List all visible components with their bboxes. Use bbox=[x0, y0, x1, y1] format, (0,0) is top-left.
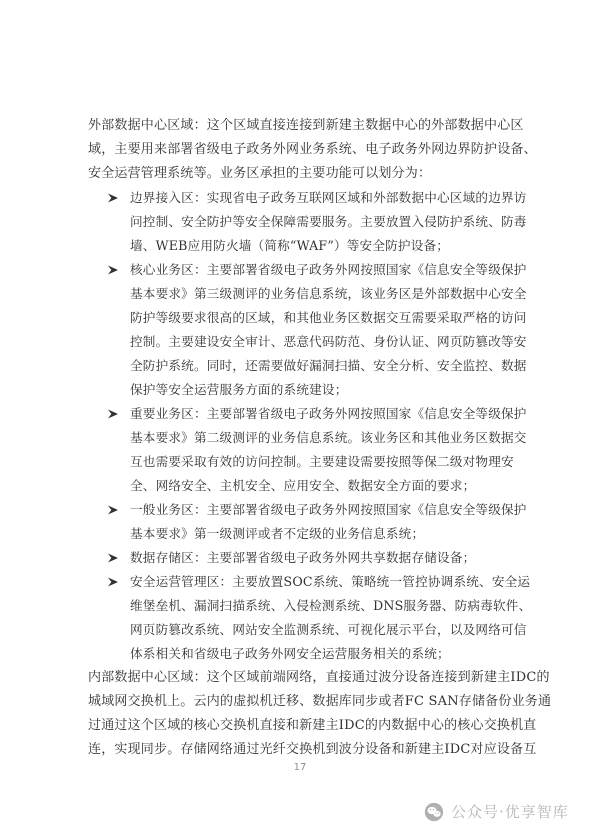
text-line: 全、网络安全、主机安全、应用安全、数据安全方面的要求； bbox=[130, 474, 518, 498]
bullet-text: 数据存储区：主要部署省级电子政务外网共享数据存储设备； bbox=[130, 546, 518, 570]
text-line: 互也需要采取有效的访问控制。主要建设需要按照等保二级对物理安 bbox=[130, 450, 518, 474]
text-line: 保护等安全运营服务方面的系统建设； bbox=[130, 378, 518, 402]
text-line: 城域网交换机上。云内的虚拟机迁移、数据库同步或者FC SAN存储备份业务通 bbox=[88, 690, 518, 714]
text-line: 核心业务区：主要部署省级电子政务外网按照国家《信息安全等级保护 bbox=[130, 258, 518, 282]
text-line: 域，主要用来部署省级电子政务外网业务系统、电子政务外网边界防护设备、 bbox=[88, 138, 518, 162]
wechat-icon bbox=[424, 802, 444, 822]
text-line: 边界接入区：实现省电子政务互联网区域和外部数据中心区域的边界访 bbox=[130, 186, 518, 210]
watermark-text: 公众号·优享智库 bbox=[451, 801, 569, 822]
text-line: 外部数据中心区域：这个区域直接连接到新建主数据中心的外部数据中心区 bbox=[88, 114, 518, 138]
text-line: 数据存储区：主要部署省级电子政务外网共享数据存储设备； bbox=[130, 546, 518, 570]
text-line: 问控制、安全防护等安全保障需要服务。主要放置入侵防护系统、防毒 bbox=[130, 210, 518, 234]
text-line: 网页防篡改系统、网站安全监测系统、可视化展示平台，以及网络可信 bbox=[130, 618, 518, 642]
text-line: 基本要求》第一级测评或者不定级的业务信息系统； bbox=[130, 522, 518, 546]
page-number: 17 bbox=[0, 762, 600, 773]
text-line: 重要业务区：主要部署省级电子政务外网按照国家《信息安全等级保护 bbox=[130, 402, 518, 426]
bullet-text: 核心业务区：主要部署省级电子政务外网按照国家《信息安全等级保护基本要求》第三级测… bbox=[130, 258, 518, 402]
bullet-arrow-icon bbox=[107, 576, 119, 588]
bullet-arrow-icon bbox=[107, 192, 119, 204]
text-line: 基本要求》第三级测评的业务信息系统，该业务区是外部数据中心安全 bbox=[130, 282, 518, 306]
document-page: 外部数据中心区域：这个区域直接连接到新建主数据中心的外部数据中心区域，主要用来部… bbox=[0, 0, 600, 828]
bullet-arrow-icon bbox=[107, 504, 119, 516]
zone-bullet-list: 边界接入区：实现省电子政务互联网区域和外部数据中心区域的边界访问控制、安全防护等… bbox=[88, 186, 518, 666]
bullet-arrow-icon bbox=[107, 552, 119, 564]
text-line: 过通过这个区域的核心交换机直接和新建主IDC的内数据中心的核心交换机直 bbox=[88, 714, 518, 738]
bullet-text: 安全运营管理区：主要放置SOC系统、策略统一管控协调系统、安全运维堡垒机、漏洞扫… bbox=[130, 570, 518, 666]
list-item: 重要业务区：主要部署省级电子政务外网按照国家《信息安全等级保护基本要求》第二级测… bbox=[88, 402, 518, 498]
text-line: 体系相关和省级电子政务外网安全运营服务相关的系统； bbox=[130, 642, 518, 666]
paragraph-internal-dc: 内部数据中心区域：这个区域前端网络，直接通过波分设备连接到新建主IDC的城域网交… bbox=[88, 666, 518, 762]
list-item: 一般业务区：主要部署省级电子政务外网按照国家《信息安全等级保护基本要求》第一级测… bbox=[88, 498, 518, 546]
list-item: 核心业务区：主要部署省级电子政务外网按照国家《信息安全等级保护基本要求》第三级测… bbox=[88, 258, 518, 402]
paragraph-external-dc: 外部数据中心区域：这个区域直接连接到新建主数据中心的外部数据中心区域，主要用来部… bbox=[88, 114, 518, 186]
text-line: 一般业务区：主要部署省级电子政务外网按照国家《信息安全等级保护 bbox=[130, 498, 518, 522]
text-line: 全防护系统。同时，还需要做好漏洞扫描、安全分析、安全监控、数据 bbox=[130, 354, 518, 378]
text-line: 基本要求》第二级测评的业务信息系统。该业务区和其他业务区数据交 bbox=[130, 426, 518, 450]
page-content: 外部数据中心区域：这个区域直接连接到新建主数据中心的外部数据中心区域，主要用来部… bbox=[88, 114, 518, 762]
text-line: 连，实现同步。存储网络通过光纤交换机到波分设备和新建主IDC对应设备互 bbox=[88, 738, 518, 762]
list-item: 边界接入区：实现省电子政务互联网区域和外部数据中心区域的边界访问控制、安全防护等… bbox=[88, 186, 518, 258]
bullet-arrow-icon bbox=[107, 264, 119, 276]
text-line: 安全运营管理系统等。业务区承担的主要功能可以划分为： bbox=[88, 162, 518, 186]
bullet-text: 重要业务区：主要部署省级电子政务外网按照国家《信息安全等级保护基本要求》第二级测… bbox=[130, 402, 518, 498]
text-line: 墙、WEB应用防火墙（简称“WAF”）等安全防护设备； bbox=[130, 234, 518, 258]
bullet-text: 边界接入区：实现省电子政务互联网区域和外部数据中心区域的边界访问控制、安全防护等… bbox=[130, 186, 518, 258]
list-item: 数据存储区：主要部署省级电子政务外网共享数据存储设备； bbox=[88, 546, 518, 570]
text-line: 控制。主要建设安全审计、恶意代码防范、身份认证、网页防篡改等安 bbox=[130, 330, 518, 354]
bullet-text: 一般业务区：主要部署省级电子政务外网按照国家《信息安全等级保护基本要求》第一级测… bbox=[130, 498, 518, 546]
text-line: 防护等级要求很高的区域，和其他业务区数据交互需要采取严格的访问 bbox=[130, 306, 518, 330]
list-item: 安全运营管理区：主要放置SOC系统、策略统一管控协调系统、安全运维堡垒机、漏洞扫… bbox=[88, 570, 518, 666]
bullet-arrow-icon bbox=[107, 408, 119, 420]
text-line: 维堡垒机、漏洞扫描系统、入侵检测系统、DNS服务器、防病毒软件、 bbox=[130, 594, 518, 618]
watermark: 公众号·优享智库 bbox=[424, 801, 569, 822]
text-line: 安全运营管理区：主要放置SOC系统、策略统一管控协调系统、安全运 bbox=[130, 570, 518, 594]
text-line: 内部数据中心区域：这个区域前端网络，直接通过波分设备连接到新建主IDC的 bbox=[88, 666, 518, 690]
